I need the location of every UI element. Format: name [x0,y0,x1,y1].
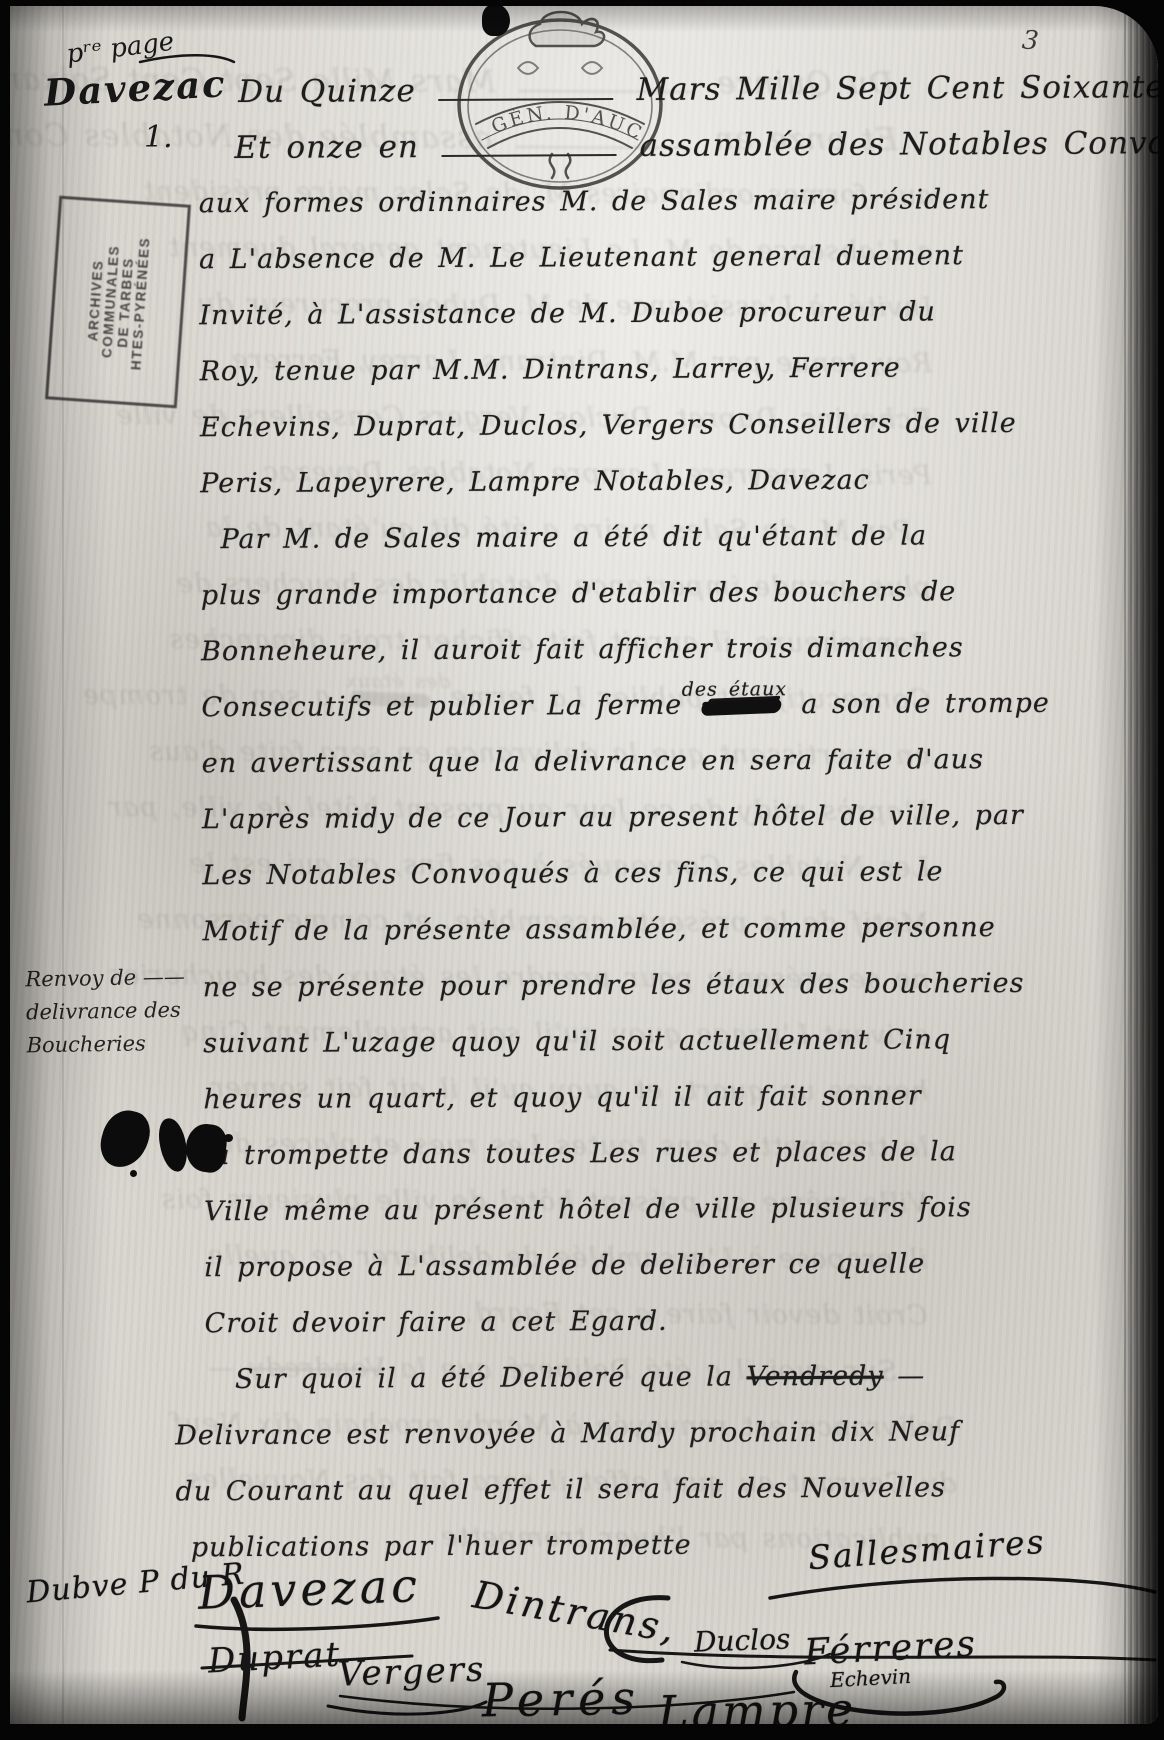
manuscript-line: Par M. de Sales maire a été dit qu'étant… [220,508,1050,568]
margin-note-line: Boucheries [26,1027,186,1063]
text-segment: Consecutifs et publier La ferme [201,690,695,724]
text-segment: Du Quinze [238,73,431,110]
scanned-page-photo: Du Quinze Mars Mille Sept Cent SoixanteE… [0,0,1164,1740]
book-fore-edge [1124,6,1158,1724]
margin-note-line: delivrance des [26,994,186,1030]
archive-stamp: ARCHIVES COMMUNALES DE TARBES HTES-PYRÉN… [45,196,191,409]
text-segment: du Courant au quel effet il sera fait de… [175,1472,946,1507]
manuscript-body: Du Quinze Mars Mille Sept Cent SoixanteE… [198,60,1056,1576]
text-segment: — [884,1360,926,1391]
manuscript-line: Sur quoi il a été Deliberé que la Vendre… [235,1348,1055,1408]
flourish-davezac-underline [196,1618,438,1629]
ink-blot-top-edge [482,6,510,36]
text-segment: il propose à L'assamblée de deliberer ce… [204,1248,925,1283]
text-segment: Bonneheure, il auroit fait afficher troi… [201,632,964,667]
signature-dintrans: Dintrans, [470,1572,681,1651]
manuscript-line: Peris, Lapeyrere, Lampre Notables, Davez… [200,452,1050,512]
manuscript-line: heures un quart, et quoy qu'il il ait fa… [203,1068,1053,1128]
text-segment: Echevins, Duprat, Duclos, Vergers Consei… [200,408,1017,443]
text-segment: Les Notables Convoqués à ces fins, ce qu… [202,856,943,891]
signature-duclos: Duclos [693,1622,790,1658]
above-segment: des étaux [682,679,787,700]
signature-lampre: Lampre [658,1682,857,1724]
text-segment: Roy, tenue par M.M. Dintrans, Larrey, Fe… [200,353,901,388]
manuscript-line: aux formes ordinnaires M. de Sales maire… [199,172,1049,232]
strike-segment: Vendredy [746,1361,883,1393]
manuscript-line: du Courant au quel effet il sera fait de… [175,1460,1055,1521]
manuscript-line: Croit devoir faire a cet Egard. [204,1292,1054,1352]
text-segment: a L'absence de M. Le Lieutenant general … [199,240,964,275]
signature-peres: Perés [482,1671,642,1724]
scribble-segment [702,699,782,716]
page-number: 3 [1021,25,1040,56]
text-segment: plus grande importance d'etablir des bou… [201,576,957,611]
manuscript-line: Motif de la présente assamblée, et comme… [202,900,1052,960]
manuscript-line: Consecutifs et publier La ferme des étau… [201,676,1051,736]
text-segment: Motif de la présente assamblée, et comme… [203,912,996,947]
manuscript-line: ne se présente pour prendre les étaux de… [203,956,1053,1016]
text-segment: Peris, Lapeyrere, Lampre Notables, Davez… [200,465,870,500]
manuscript-line: Delivrance est renvoyée à Mardy prochain… [175,1404,1055,1465]
text-segment: heures un quart, et quoy qu'il il ait fa… [203,1080,921,1115]
manuscript-line: suivant L'uzage quoy qu'il soit actuelle… [203,1012,1053,1072]
manuscript-paper: Du Quinze Mars Mille Sept Cent SoixanteE… [10,6,1158,1724]
manuscript-line: la trompette dans toutes Les rues et pla… [204,1124,1054,1184]
manuscript-line: Et onze en assamblée des Notables Convoq… [234,116,1048,176]
manuscript-line: Ville même au présent hôtel de ville plu… [204,1180,1054,1240]
manuscript-line: a L'absence de M. Le Lieutenant general … [199,228,1049,288]
manuscript-line: Invité, à L'assistance de M. Duboe procu… [199,284,1049,344]
manuscript-line: en avertissant que la delivrance en sera… [202,732,1052,792]
text-segment: en avertissant que la delivrance en sera… [202,744,984,779]
text-segment: la trompette dans toutes Les rues et pla… [204,1136,957,1171]
text-segment: a son de trompe [788,688,1050,720]
text-segment: Invité, à L'assistance de M. Duboe procu… [199,296,936,331]
text-segment: Par M. de Sales maire a été dit qu'étant… [220,520,927,555]
manuscript-line: Roy, tenue par M.M. Dintrans, Larrey, Fe… [200,340,1050,400]
folio-note-number: 1. [144,120,227,155]
manuscript-line: il propose à L'assamblée de deliberer ce… [204,1236,1054,1296]
text-segment: assamblée des Notables Convoquée [625,125,1158,164]
manuscript-line: plus grande importance d'etablir des bou… [201,564,1051,624]
folio-note-name: Davezac [43,61,228,114]
text-segment: Mars Mille Sept Cent Soixante [622,69,1158,108]
manuscript-line: L'après midy de ce Jour au present hôtel… [202,788,1052,848]
manuscript-line: Les Notables Convoqués à ces fins, ce qu… [202,844,1052,904]
flourish-salles-underline [770,1578,1155,1598]
text-segment: L'après midy de ce Jour au present hôtel… [202,800,1024,835]
archive-stamp-text: ARCHIVES COMMUNALES DE TARBES HTES-PYRÉN… [82,206,155,398]
text-segment: Delivrance est renvoyée à Mardy prochain… [175,1416,960,1451]
ink-blot [95,1105,154,1173]
ink-blot [156,1116,189,1173]
text-segment: suivant L'uzage quoy qu'il soit actuelle… [203,1024,951,1059]
ink-speck [130,1170,137,1177]
text-segment: aux formes ordinnaires M. de Sales maire… [199,184,990,219]
manuscript-line: Bonneheure, il auroit fait afficher troi… [201,620,1051,680]
ink-speck [224,1134,233,1142]
text-segment: Croit devoir faire a cet Egard. [205,1306,668,1339]
blank-segment [442,152,617,157]
flourish-vergers-underline [328,1702,486,1714]
margin-note-renvoy: Renvoy de —— delivrance des Boucheries [25,961,186,1063]
signature-vergers: Vergers [337,1649,486,1694]
text-segment: ne se présente pour prendre les étaux de… [203,968,1025,1003]
manuscript-line: Du Quinze Mars Mille Sept Cent Soixante [238,60,1048,120]
blank-segment [439,96,614,101]
text-segment: Ville même au présent hôtel de ville plu… [204,1192,972,1227]
signature-duprat: Duprat [207,1635,342,1682]
text-segment: Et onze en [234,129,433,166]
text-segment: publications par l'huer trompette [191,1530,692,1564]
folio-annotation: pʳᵉ page Davezac 1. [44,30,227,155]
text-segment: Sur quoi il a été Deliberé que la [235,1361,747,1395]
margin-note-line: Renvoy de —— [25,961,185,997]
manuscript-line: Echevins, Duprat, Duclos, Vergers Consei… [200,396,1050,456]
